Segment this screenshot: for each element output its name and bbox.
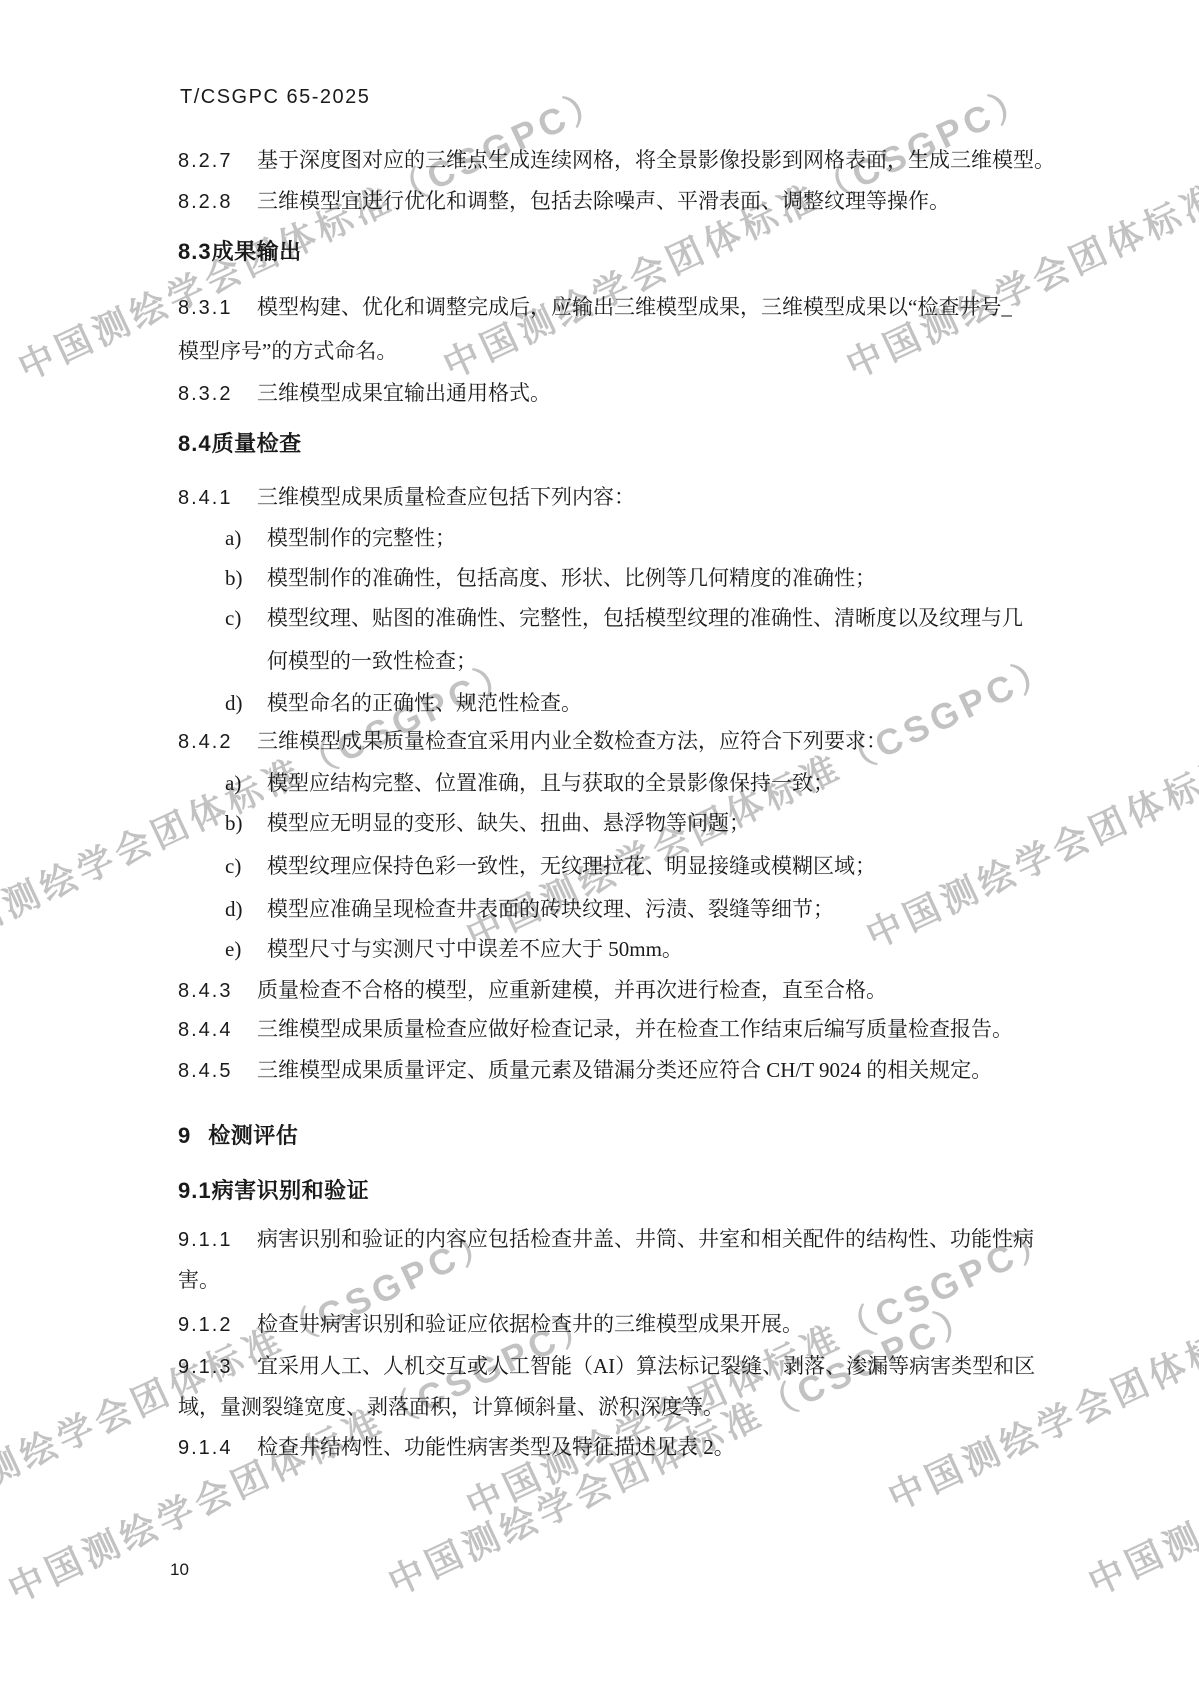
list-item-text: 模型应无明显的变形、缺失、扭曲、悬浮物等问题；	[267, 811, 750, 835]
heading-number: 9	[178, 1123, 191, 1148]
clause-text: 病害识别和验证的内容应包括检查井盖、井筒、井室和相关配件的结构性、功能性病	[257, 1227, 1034, 1251]
list-item-line: a)模型制作的完整性；	[225, 525, 456, 552]
list-item-label: b)	[225, 810, 267, 837]
list-item-line: b)模型制作的准确性，包括高度、形状、比例等几何精度的准确性；	[225, 565, 876, 592]
clause-number: 9.1.1	[178, 1227, 257, 1254]
heading-number: 9.1	[178, 1178, 212, 1203]
clause-number: 8.3.1	[178, 295, 257, 322]
list-item-line: c)模型纹理、贴图的准确性、完整性，包括模型纹理的准确性、清晰度以及纹理与几	[225, 605, 1023, 632]
page-number: 10	[170, 1560, 189, 1580]
clause-line: 8.4.3质量检查不合格的模型，应重新建模，并再次进行检查，直至合格。	[178, 977, 887, 1005]
clause-text: 检查井病害识别和验证应依据检查井的三维模型成果开展。	[257, 1312, 803, 1336]
clause-line: 9.1.1病害识别和验证的内容应包括检查井盖、井筒、井室和相关配件的结构性、功能…	[178, 1226, 1034, 1254]
clause-line: 8.2.8三维模型宜进行优化和调整，包括去除噪声、平滑表面、调整纹理等操作。	[178, 188, 950, 216]
clause-text: 三维模型成果宜输出通用格式。	[257, 381, 551, 405]
clause-number: 8.3.2	[178, 381, 257, 408]
clause-number: 8.4.3	[178, 978, 257, 1005]
clause-text: 质量检查不合格的模型，应重新建模，并再次进行检查，直至合格。	[257, 978, 887, 1002]
doc-header-standard-code: T/CSGPC 65-2025	[180, 86, 370, 109]
heading-title: 质量检查	[212, 431, 302, 456]
clause-text: 三维模型成果质量检查应做好检查记录，并在检查工作结束后编写质量检查报告。	[257, 1017, 1013, 1041]
clause-line: 9.1.3宜采用人工、人机交互或人工智能（AI）算法标记裂缝、剥落、渗漏等病害类…	[178, 1353, 1035, 1381]
clause-text: 域，量测裂缝宽度、剥落面积，计算倾斜量、淤积深度等。	[178, 1395, 724, 1419]
list-item-text: 模型应结构完整、位置准确，且与获取的全景影像保持一致；	[267, 771, 834, 795]
list-item-text: 何模型的一致性检查；	[267, 649, 477, 673]
heading-number: 8.4	[178, 431, 212, 456]
clause-text: 基于深度图对应的三维点生成连续网格，将全景影像投影到网格表面，生成三维模型。	[257, 148, 1055, 172]
clause-line: 8.3.2三维模型成果宜输出通用格式。	[178, 380, 551, 408]
list-item-label: a)	[225, 525, 267, 552]
clause-text: 模型序号”的方式命名。	[178, 339, 397, 363]
list-item-label: d)	[225, 896, 267, 923]
clause-text: 三维模型宜进行优化和调整，包括去除噪声、平滑表面、调整纹理等操作。	[257, 189, 950, 213]
clause-number: 8.2.7	[178, 148, 257, 175]
heading-title: 检测评估	[208, 1123, 298, 1148]
heading-title: 病害识别和验证	[212, 1178, 370, 1203]
clause-number: 8.4.5	[178, 1058, 257, 1085]
clause-text: 宜采用人工、人机交互或人工智能（AI）算法标记裂缝、剥落、渗漏等病害类型和区	[257, 1354, 1035, 1378]
list-item-line: b)模型应无明显的变形、缺失、扭曲、悬浮物等问题；	[225, 810, 750, 837]
clause-number: 8.4.2	[178, 729, 257, 756]
list-item-text: 模型尺寸与实测尺寸中误差不应大于 50mm。	[267, 937, 683, 961]
clause-line: 8.4.2三维模型成果质量检查宜采用内业全数检查方法，应符合下列要求：	[178, 728, 887, 756]
list-item-text: 模型纹理应保持色彩一致性，无纹理拉花、明显接缝或模糊区域；	[267, 854, 876, 878]
clause-line: 9.1.2检查井病害识别和验证应依据检查井的三维模型成果开展。	[178, 1311, 803, 1339]
clause-line: 8.4.4三维模型成果质量检查应做好检查记录，并在检查工作结束后编写质量检查报告…	[178, 1016, 1013, 1044]
clause-line: 8.3.1模型构建、优化和调整完成后，应输出三维模型成果，三维模型成果以“检查井…	[178, 294, 1012, 322]
clause-text: 三维模型成果质量检查宜采用内业全数检查方法，应符合下列要求：	[257, 729, 887, 753]
clause-line: 9.1.4检查井结构性、功能性病害类型及特征描述见表 2。	[178, 1434, 735, 1462]
clause-number: 8.4.4	[178, 1017, 257, 1044]
clause-text: 害。	[178, 1268, 220, 1292]
clause-number: 9.1.2	[178, 1312, 257, 1339]
clause-text: 模型构建、优化和调整完成后，应输出三维模型成果，三维模型成果以“检查井号_	[257, 295, 1012, 319]
clause-number: 9.1.4	[178, 1435, 257, 1462]
list-item-label: c)	[225, 605, 267, 632]
list-item-text: 模型制作的完整性；	[267, 526, 456, 550]
clause-text: 检查井结构性、功能性病害类型及特征描述见表 2。	[257, 1435, 735, 1459]
clause-text: 三维模型成果质量评定、质量元素及错漏分类还应符合 CH/T 9024 的相关规定…	[257, 1058, 992, 1082]
list-item-line: d)模型应准确呈现检查井表面的砖块纹理、污渍、裂缝等细节；	[225, 896, 834, 923]
list-item-label: d)	[225, 690, 267, 717]
list-item-text: 模型应准确呈现检查井表面的砖块纹理、污渍、裂缝等细节；	[267, 897, 834, 921]
list-item-line: 何模型的一致性检查；	[267, 648, 477, 675]
list-item-text: 模型命名的正确性、规范性检查。	[267, 691, 582, 715]
clause-line: 域，量测裂缝宽度、剥落面积，计算倾斜量、淤积深度等。	[178, 1394, 724, 1421]
section-heading: 8.3成果输出	[178, 238, 302, 265]
list-item-text: 模型纹理、贴图的准确性、完整性，包括模型纹理的准确性、清晰度以及纹理与几	[267, 606, 1023, 630]
clause-line: 8.4.1三维模型成果质量检查应包括下列内容：	[178, 484, 635, 512]
list-item-label: c)	[225, 853, 267, 880]
clause-line: 8.4.5三维模型成果质量评定、质量元素及错漏分类还应符合 CH/T 9024 …	[178, 1057, 992, 1085]
list-item-label: e)	[225, 936, 267, 963]
clause-number: 8.2.8	[178, 189, 257, 216]
section-heading: 9.1病害识别和验证	[178, 1177, 369, 1204]
document-page: 中国测绘学会团体标准（CSGPC）中国测绘学会团体标准（CSGPC）中国测绘学会…	[0, 0, 1199, 1696]
content-layer: T/CSGPC 65-2025 8.2.7基于深度图对应的三维点生成连续网格，将…	[0, 0, 1199, 1696]
heading-title: 成果输出	[212, 239, 302, 264]
list-item-line: d)模型命名的正确性、规范性检查。	[225, 690, 582, 717]
chapter-heading: 9检测评估	[178, 1122, 298, 1149]
list-item-line: a)模型应结构完整、位置准确，且与获取的全景影像保持一致；	[225, 770, 834, 797]
heading-number: 8.3	[178, 239, 212, 264]
list-item-line: e)模型尺寸与实测尺寸中误差不应大于 50mm。	[225, 936, 683, 963]
clause-line: 8.2.7基于深度图对应的三维点生成连续网格，将全景影像投影到网格表面，生成三维…	[178, 147, 1055, 175]
clause-number: 8.4.1	[178, 485, 257, 512]
list-item-label: b)	[225, 565, 267, 592]
list-item-line: c)模型纹理应保持色彩一致性，无纹理拉花、明显接缝或模糊区域；	[225, 853, 876, 880]
clause-line: 模型序号”的方式命名。	[178, 338, 397, 365]
section-heading: 8.4质量检查	[178, 430, 302, 457]
list-item-label: a)	[225, 770, 267, 797]
clause-text: 三维模型成果质量检查应包括下列内容：	[257, 485, 635, 509]
list-item-text: 模型制作的准确性，包括高度、形状、比例等几何精度的准确性；	[267, 566, 876, 590]
clause-line: 害。	[178, 1267, 220, 1294]
clause-number: 9.1.3	[178, 1354, 257, 1381]
